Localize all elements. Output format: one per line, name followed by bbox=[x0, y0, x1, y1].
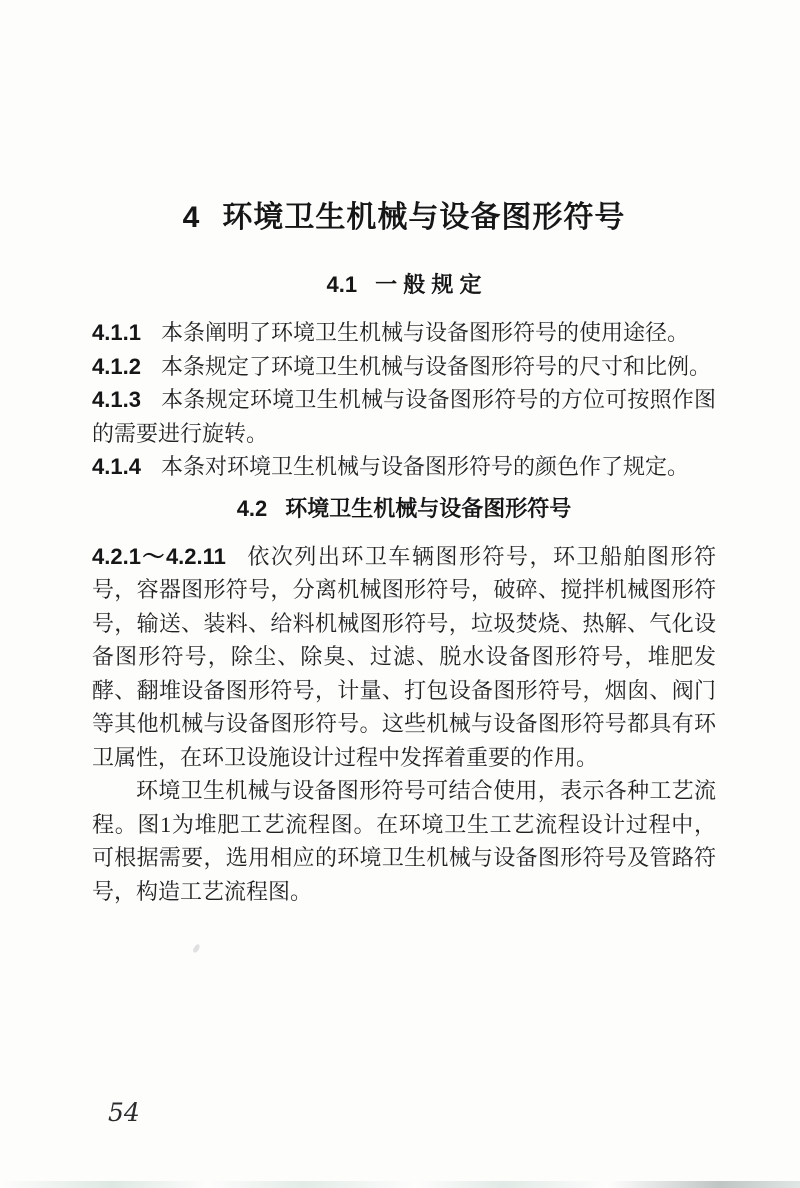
clause-paragraph: 4.1.2本条规定了环境卫生机械与设备图形符号的尺寸和比例。 bbox=[92, 350, 716, 384]
clause-number: 4.1.3 bbox=[92, 387, 141, 412]
clause-paragraph: 环境卫生机械与设备图形符号可结合使用，表示各种工艺流程。图1为堆肥工艺流程图。在… bbox=[92, 774, 716, 908]
section-number: 4.1 bbox=[327, 272, 358, 297]
clause-text: 本条规定了环境卫生机械与设备图形符号的尺寸和比例。 bbox=[161, 354, 711, 379]
clause-paragraph: 4.2.1～4.2.11依次列出环卫车辆图形符号，环卫船舶图形符号，容器图形符号… bbox=[92, 540, 716, 775]
clause-text: 依次列出环卫车辆图形符号，环卫船舶图形符号，容器图形符号，分离机械图形符号，破碎… bbox=[92, 544, 716, 770]
clause-number: 4.1.2 bbox=[92, 354, 141, 379]
section-heading-4-1: 4.1一 般 规 定 bbox=[92, 270, 716, 300]
page-number: 54 bbox=[108, 1098, 140, 1127]
clause-text: 本条阐明了环境卫生机械与设备图形符号的使用途径。 bbox=[161, 320, 689, 345]
clause-paragraph: 4.1.3本条规定环境卫生机械与设备图形符号的方位可按照作图的需要进行旋转。 bbox=[92, 383, 716, 450]
clause-paragraph: 4.1.1本条阐明了环境卫生机械与设备图形符号的使用途径。 bbox=[92, 316, 716, 350]
section-4-1-body: 4.1.1本条阐明了环境卫生机械与设备图形符号的使用途径。 4.1.2本条规定了… bbox=[92, 316, 716, 484]
scan-smudge-artifact bbox=[192, 943, 201, 953]
section-4-2-body: 4.2.1～4.2.11依次列出环卫车辆图形符号，环卫船舶图形符号，容器图形符号… bbox=[92, 540, 716, 909]
clause-number: 4.1.4 bbox=[92, 454, 141, 479]
clause-number: 4.1.1 bbox=[92, 320, 141, 345]
scan-edge-artifact bbox=[0, 1181, 800, 1188]
clause-paragraph: 4.1.4本条对环境卫生机械与设备图形符号的颜色作了规定。 bbox=[92, 450, 716, 484]
chapter-number: 4 bbox=[183, 201, 201, 234]
scanned-document-page: { "document": { "title": { "num": "4", "… bbox=[0, 0, 800, 1188]
section-heading-4-2: 4.2环境卫生机械与设备图形符号 bbox=[92, 494, 716, 524]
section-heading-text: 一 般 规 定 bbox=[375, 272, 481, 297]
clause-text: 本条规定环境卫生机械与设备图形符号的方位可按照作图的需要进行旋转。 bbox=[92, 387, 716, 446]
clause-text: 环境卫生机械与设备图形符号可结合使用，表示各种工艺流程。图1为堆肥工艺流程图。在… bbox=[92, 778, 716, 904]
clause-text: 本条对环境卫生机械与设备图形符号的颜色作了规定。 bbox=[161, 454, 689, 479]
chapter-title: 4环境卫生机械与设备图形符号 bbox=[92, 0, 716, 238]
text-column: 4环境卫生机械与设备图形符号 4.1一 般 规 定 4.1.1本条阐明了环境卫生… bbox=[92, 0, 716, 908]
clause-number: 4.2.1～4.2.11 bbox=[92, 544, 226, 569]
section-number: 4.2 bbox=[237, 496, 268, 521]
section-heading-text: 环境卫生机械与设备图形符号 bbox=[285, 496, 571, 521]
chapter-title-text: 环境卫生机械与设备图形符号 bbox=[222, 201, 625, 234]
